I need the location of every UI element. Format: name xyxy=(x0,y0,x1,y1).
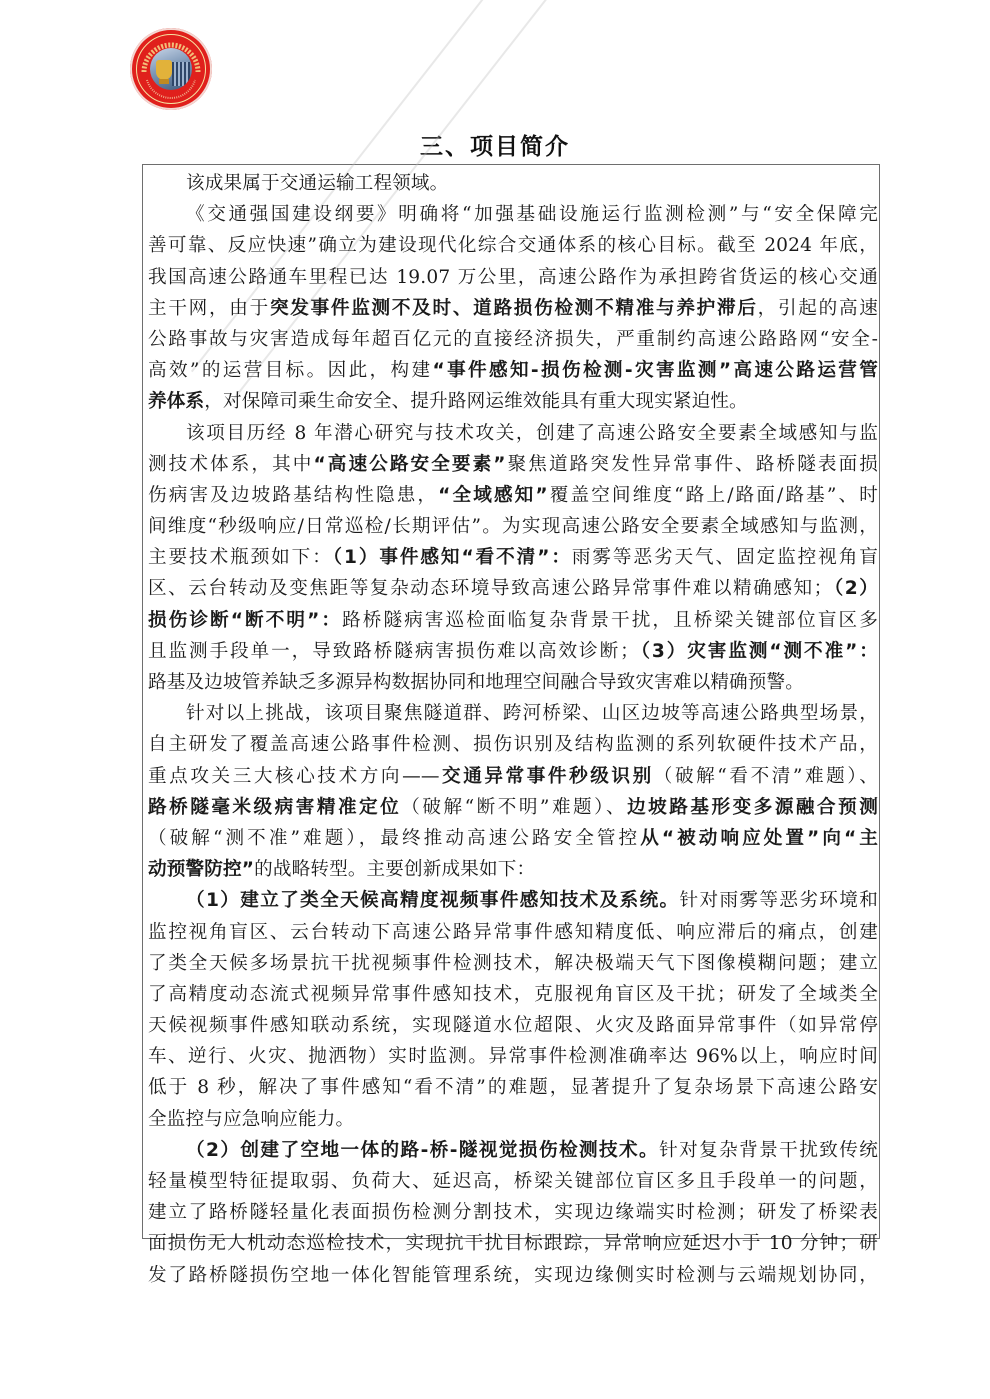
text-line: 养体系，对保障司乘生命安全、提升路网运维效能具有重大现实紧迫性。 xyxy=(148,386,878,417)
text-line: 重点攻关三大核心技术方向——交通异常事件秒级识别（破解“看不清”难题）、 xyxy=(148,761,878,792)
text-run: 路基及边坡管养缺乏多源异构数据协同和地理空间融合导致灾害难以精确预警。 xyxy=(148,672,804,693)
text-run: 的战略转型。主要创新成果如下： xyxy=(254,859,535,880)
text-run: 天候视频事件感知联动系统，实现隧道水位超限、火灾及路面异常事件（如异常停 xyxy=(148,1015,878,1036)
text-line: 车、逆行、火灾、抛洒物）实时监测。异常事件检测准确率达 96%以上，响应时间 xyxy=(148,1041,878,1072)
text-line: 善可靠、反应快速”确立为建设现代化综合交通体系的核心目标。截至 2024 年底， xyxy=(148,230,878,261)
text-run: （破解“断不明”难题）、 xyxy=(401,797,627,818)
text-run: （破解“看不清”难题）、 xyxy=(654,766,878,787)
bold-text: “高速公路安全要素” xyxy=(313,454,505,475)
text-run: 且监测手段单一，导致路桥隧病害损伤难以高效诊断； xyxy=(148,641,639,662)
text-run: 雨雾等恶劣天气、固定监控视角盲 xyxy=(572,547,878,568)
text-line: 路基及边坡管养缺乏多源异构数据协同和地理空间融合导致灾害难以精确预警。 xyxy=(148,667,878,698)
text-line: 动预警防控”的战略转型。主要创新成果如下： xyxy=(148,854,878,885)
bold-text: 突发事件监测不及时、道路损伤检测不精准与养护滞后 xyxy=(270,298,758,319)
text-run: 低于 8 秒，解决了事件感知“看不清”的难题，显著提升了复杂场景下高速公路安 xyxy=(148,1077,878,1098)
text-run: 间维度“秒级响应/日常巡检/长期评估”。为实现高速公路安全要素全域感知与监测， xyxy=(148,516,878,537)
text-run: 了高精度动态流式视频异常事件感知技术，克服视角盲区及干扰；研发了全域类全 xyxy=(148,984,878,1005)
text-line: 区、云台转动及变焦距等复杂动态环境导致高速公路异常事件难以精确感知；（2） xyxy=(148,573,878,604)
text-line: 全监控与应急响应能力。 xyxy=(148,1104,878,1135)
text-line: 了高精度动态流式视频异常事件感知技术，克服视角盲区及干扰；研发了全域类全 xyxy=(148,979,878,1010)
bold-text: “全域感知” xyxy=(438,485,548,506)
text-run: 了类全天候多场景抗干扰视频事件检测技术，解决极端天气下图像模糊问题；建立 xyxy=(148,953,878,974)
text-run: ，引起的高速 xyxy=(758,298,878,319)
bold-text: （2）创建了空地一体的路-桥-隧视觉损伤检测技术。 xyxy=(186,1140,659,1161)
text-run: 重点攻关三大核心技术方向—— xyxy=(148,766,440,787)
text-run: 高效”的运营目标。因此，构建 xyxy=(148,360,432,381)
text-line: 损伤诊断“断不明”：路桥隧病害巡检面临复杂背景干扰，且桥梁关键部位盲区多 xyxy=(148,605,878,636)
text-run: 发了路桥隧损伤空地一体化智能管理系统，实现边缘侧实时检测与云端规划协同， xyxy=(148,1265,878,1286)
text-run: 全监控与应急响应能力。 xyxy=(148,1109,354,1130)
text-run: 建立了路桥隧轻量化表面损伤检测分割技术，实现边缘端实时检测；研发了桥梁表 xyxy=(148,1202,878,1223)
bold-text: 边坡路基形变多源融合预测 xyxy=(627,797,878,818)
text-line: 高效”的运营目标。因此，构建“事件感知-损伤检测-灾害监测”高速公路运营管 xyxy=(148,355,878,386)
bold-text: （3）灾害监测“测不准”： xyxy=(639,641,878,662)
text-line: 主干网，由于突发事件监测不及时、道路损伤检测不精准与养护滞后，引起的高速 xyxy=(148,293,878,324)
text-run: 《交通强国建设纲要》明确将“加强基础设施运行监测检测”与“安全保障完 xyxy=(186,204,878,225)
text-run: （破解“测不准”难题），最终推动高速公路安全管控 xyxy=(148,828,640,849)
text-line: 发了路桥隧损伤空地一体化智能管理系统，实现边缘侧实时检测与云端规划协同， xyxy=(148,1260,878,1291)
text-run: 针对复杂背景干扰致传统 xyxy=(659,1140,878,1161)
text-line: 主要技术瓶颈如下：（1）事件感知“看不清”：雨雾等恶劣天气、固定监控视角盲 xyxy=(148,542,878,573)
text-run: 测技术体系，其中 xyxy=(148,454,313,475)
text-line: （2）创建了空地一体的路-桥-隧视觉损伤检测技术。针对复杂背景干扰致传统 xyxy=(148,1135,878,1166)
text-line: 《交通强国建设纲要》明确将“加强基础设施运行监测检测”与“安全保障完 xyxy=(148,199,878,230)
text-line: 该项目历经 8 年潜心研究与技术攻关，创建了高速公路安全要素全域感知与监 xyxy=(148,418,878,449)
section-title: 三、项目简介 xyxy=(0,128,990,161)
text-line: 路桥隧毫米级病害精准定位（破解“断不明”难题）、边坡路基形变多源融合预测 xyxy=(148,792,878,823)
text-line: 且监测手段单一，导致路桥隧病害损伤难以高效诊断；（3）灾害监测“测不准”： xyxy=(148,636,878,667)
text-line: 间维度“秒级响应/日常巡检/长期评估”。为实现高速公路安全要素全域感知与监测， xyxy=(148,511,878,542)
text-line: 该成果属于交通运输工程领域。 xyxy=(148,168,878,199)
text-run: 针对雨雾等恶劣环境和 xyxy=(680,890,878,911)
text-run: 该成果属于交通运输工程领域。 xyxy=(186,173,448,194)
text-run: 善可靠、反应快速”确立为建设现代化综合交通体系的核心目标。截至 2024 年底， xyxy=(148,235,878,256)
text-line: 公路事故与灾害造成每年超百亿元的直接经济损失，严重制约高速公路路网“安全- xyxy=(148,324,878,355)
text-line: （1）建立了类全天候高精度视频事件感知技术及系统。针对雨雾等恶劣环境和 xyxy=(148,885,878,916)
bold-text: 养体系 xyxy=(148,391,204,412)
text-line: 轻量模型特征提取弱、负荷大、延迟高，桥梁关键部位盲区多且手段单一的问题， xyxy=(148,1166,878,1197)
text-line: 针对以上挑战，该项目聚焦隧道群、跨河桥梁、山区边坡等高速公路典型场景， xyxy=(148,698,878,729)
bold-text: （1）建立了类全天候高精度视频事件感知技术及系统。 xyxy=(186,890,680,911)
text-run: 伤病害及边坡路基结构性隐患， xyxy=(148,485,438,506)
text-run: 车、逆行、火灾、抛洒物）实时监测。异常事件检测准确率达 96%以上，响应时间 xyxy=(148,1046,878,1067)
bold-text: （2） xyxy=(832,578,878,599)
bold-text: 从“被动响应处置”向“主 xyxy=(640,828,878,849)
trophy-icon xyxy=(156,60,172,80)
building-icon xyxy=(172,62,190,86)
text-run: 自主研发了覆盖高速公路事件检测、损伤识别及结构监测的系列软硬件技术产品， xyxy=(148,734,878,755)
organization-seal-icon xyxy=(130,28,212,110)
text-run: 主要技术瓶颈如下： xyxy=(148,547,333,568)
text-run: 区、云台转动及变焦距等复杂动态环境导致高速公路异常事件难以精确感知； xyxy=(148,578,832,599)
text-line: 天候视频事件感知联动系统，实现隧道水位超限、火灾及路面异常事件（如异常停 xyxy=(148,1010,878,1041)
text-run: 路桥隧病害巡检面临复杂背景干扰，且桥梁关键部位盲区多 xyxy=(342,610,878,631)
text-run: 面损伤无人机动态巡检技术，实现抗干扰目标跟踪，异常响应延迟小于 10 分钟；研 xyxy=(148,1233,878,1254)
text-line: 低于 8 秒，解决了事件感知“看不清”的难题，显著提升了复杂场景下高速公路安 xyxy=(148,1072,878,1103)
body-text: 该成果属于交通运输工程领域。《交通强国建设纲要》明确将“加强基础设施运行监测检测… xyxy=(148,168,878,1291)
text-run: ，对保障司乘生命安全、提升路网运维效能具有重大现实紧迫性。 xyxy=(204,391,748,412)
text-run: 轻量模型特征提取弱、负荷大、延迟高，桥梁关键部位盲区多且手段单一的问题， xyxy=(148,1171,878,1192)
bold-text: （1）事件感知“看不清”： xyxy=(333,547,572,568)
text-line: 面损伤无人机动态巡检技术，实现抗干扰目标跟踪，异常响应延迟小于 10 分钟；研 xyxy=(148,1228,878,1259)
text-line: 监控视角盲区、云台转动下高速公路异常事件感知精度低、响应滞后的痛点，创建 xyxy=(148,917,878,948)
text-run: 我国高速公路通车里程已达 19.07 万公里，高速公路作为承担跨省货运的核心交通 xyxy=(148,267,878,288)
text-line: （破解“测不准”难题），最终推动高速公路安全管控从“被动响应处置”向“主 xyxy=(148,823,878,854)
bold-text: “事件感知-损伤检测-灾害监测”高速公路运营管 xyxy=(432,360,878,381)
trophy-base xyxy=(159,79,169,84)
text-line: 自主研发了覆盖高速公路事件检测、损伤识别及结构监测的系列软硬件技术产品， xyxy=(148,729,878,760)
text-line: 伤病害及边坡路基结构性隐患，“全域感知”覆盖空间维度“路上/路面/路基”、时 xyxy=(148,480,878,511)
bold-text: 损伤诊断“断不明”： xyxy=(148,610,342,631)
text-run: 针对以上挑战，该项目聚焦隧道群、跨河桥梁、山区边坡等高速公路典型场景， xyxy=(186,703,878,724)
text-line: 测技术体系，其中“高速公路安全要素”聚焦道路突发性异常事件、路桥隧表面损 xyxy=(148,449,878,480)
text-line: 我国高速公路通车里程已达 19.07 万公里，高速公路作为承担跨省货运的核心交通 xyxy=(148,262,878,293)
text-run: 公路事故与灾害造成每年超百亿元的直接经济损失，严重制约高速公路路网“安全- xyxy=(148,329,878,350)
bold-text: 动预警防控” xyxy=(148,859,254,880)
text-line: 建立了路桥隧轻量化表面损伤检测分割技术，实现边缘端实时检测；研发了桥梁表 xyxy=(148,1197,878,1228)
text-run: 监控视角盲区、云台转动下高速公路异常事件感知精度低、响应滞后的痛点，创建 xyxy=(148,922,878,943)
bold-text: 路桥隧毫米级病害精准定位 xyxy=(148,797,401,818)
text-run: 聚焦道路突发性异常事件、路桥隧表面损 xyxy=(506,454,878,475)
text-run: 主干网，由于 xyxy=(148,298,270,319)
text-run: 覆盖空间维度“路上/路面/路基”、时 xyxy=(548,485,878,506)
text-run: 该项目历经 8 年潜心研究与技术攻关，创建了高速公路安全要素全域感知与监 xyxy=(186,423,878,444)
bold-text: 交通异常事件秒级识别 xyxy=(440,766,654,787)
text-line: 了类全天候多场景抗干扰视频事件检测技术，解决极端天气下图像模糊问题；建立 xyxy=(148,948,878,979)
seal-emblem xyxy=(150,48,192,90)
